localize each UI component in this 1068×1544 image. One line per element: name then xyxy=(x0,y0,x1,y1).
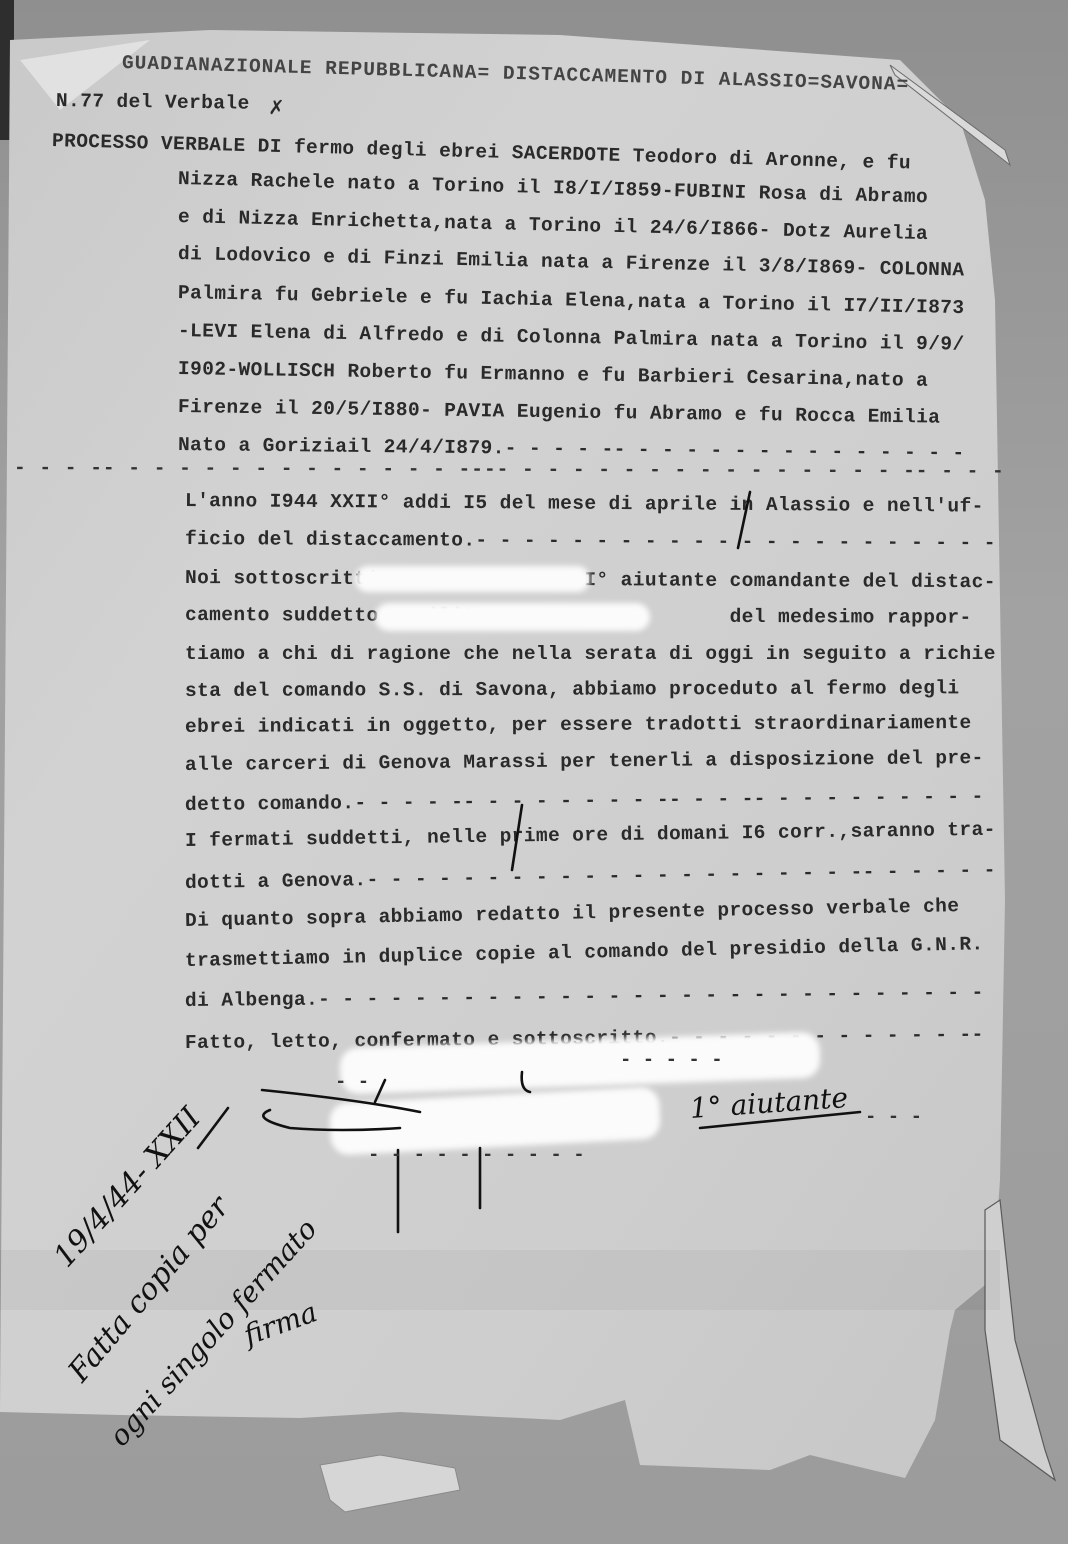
redaction-name-1 xyxy=(355,566,590,592)
subject-line: Firenze il 20/5/I880- PAVIA Eugenio fu A… xyxy=(178,396,941,429)
subject-line: Palmira fu Gebriele e fu Iachia Elena,na… xyxy=(178,282,965,319)
subject-line: e di Nizza Enrichetta,nata a Torino il 2… xyxy=(178,206,929,245)
subject-line: I902-WOLLISCH Roberto fu Ermanno e fu Ba… xyxy=(178,358,929,392)
separator-line: - - - -- - - - - - - - - - - - - - ---- … xyxy=(14,457,1005,482)
document-header: GUADIANAZIONALE REPUBBLICANA= DISTACCAME… xyxy=(122,52,910,96)
subject-line: -LEVI Elena di Alfredo e di Colonna Palm… xyxy=(178,320,965,356)
body-line: dotti a Genova.- - - - - - - - - - - - -… xyxy=(185,859,996,894)
body-line: alle carceri di Genova Marassi per tener… xyxy=(185,747,984,776)
body-line: L'anno I944 XXII° addi I5 del mese di ap… xyxy=(185,490,984,518)
reference-number: N.77 del Verbale xyxy=(56,90,250,115)
body-line: detto comando.- - - - -- - - - - - - - -… xyxy=(185,786,984,816)
body-line: ebrei indicati in oggetto, per essere tr… xyxy=(185,712,972,738)
subject-line: di Lodovico e di Finzi Emilia nata a Fir… xyxy=(178,243,965,281)
subject-line: Nizza Rachele nato a Torino il I8/I/I859… xyxy=(178,168,929,208)
body-line: di Albenga.- - - - - - - - - - - - - - -… xyxy=(185,982,984,1012)
handwritten-mark-icon: ✗ xyxy=(269,92,284,122)
body-line: Di quanto sopra abbiamo redatto il prese… xyxy=(185,895,960,932)
body-line: Noi sottoscritti I° aiutante comandante … xyxy=(185,567,996,593)
body-line: ficio del distaccamento.- - - - - - - - … xyxy=(185,528,996,554)
redaction-name-2 xyxy=(375,603,650,631)
body-line: sta del comando S.S. di Savona, abbiamo … xyxy=(185,677,960,702)
body-line: I fermati suddetti, nelle prime ore di d… xyxy=(185,819,996,852)
body-line: tiamo a chi di ragione che nella serata … xyxy=(185,643,996,665)
typed-text: GUADIANAZIONALE REPUBBLICANA= DISTACCAME… xyxy=(0,0,1068,1544)
body-line: trasmettiamo in duplice copie al comando… xyxy=(185,933,984,972)
